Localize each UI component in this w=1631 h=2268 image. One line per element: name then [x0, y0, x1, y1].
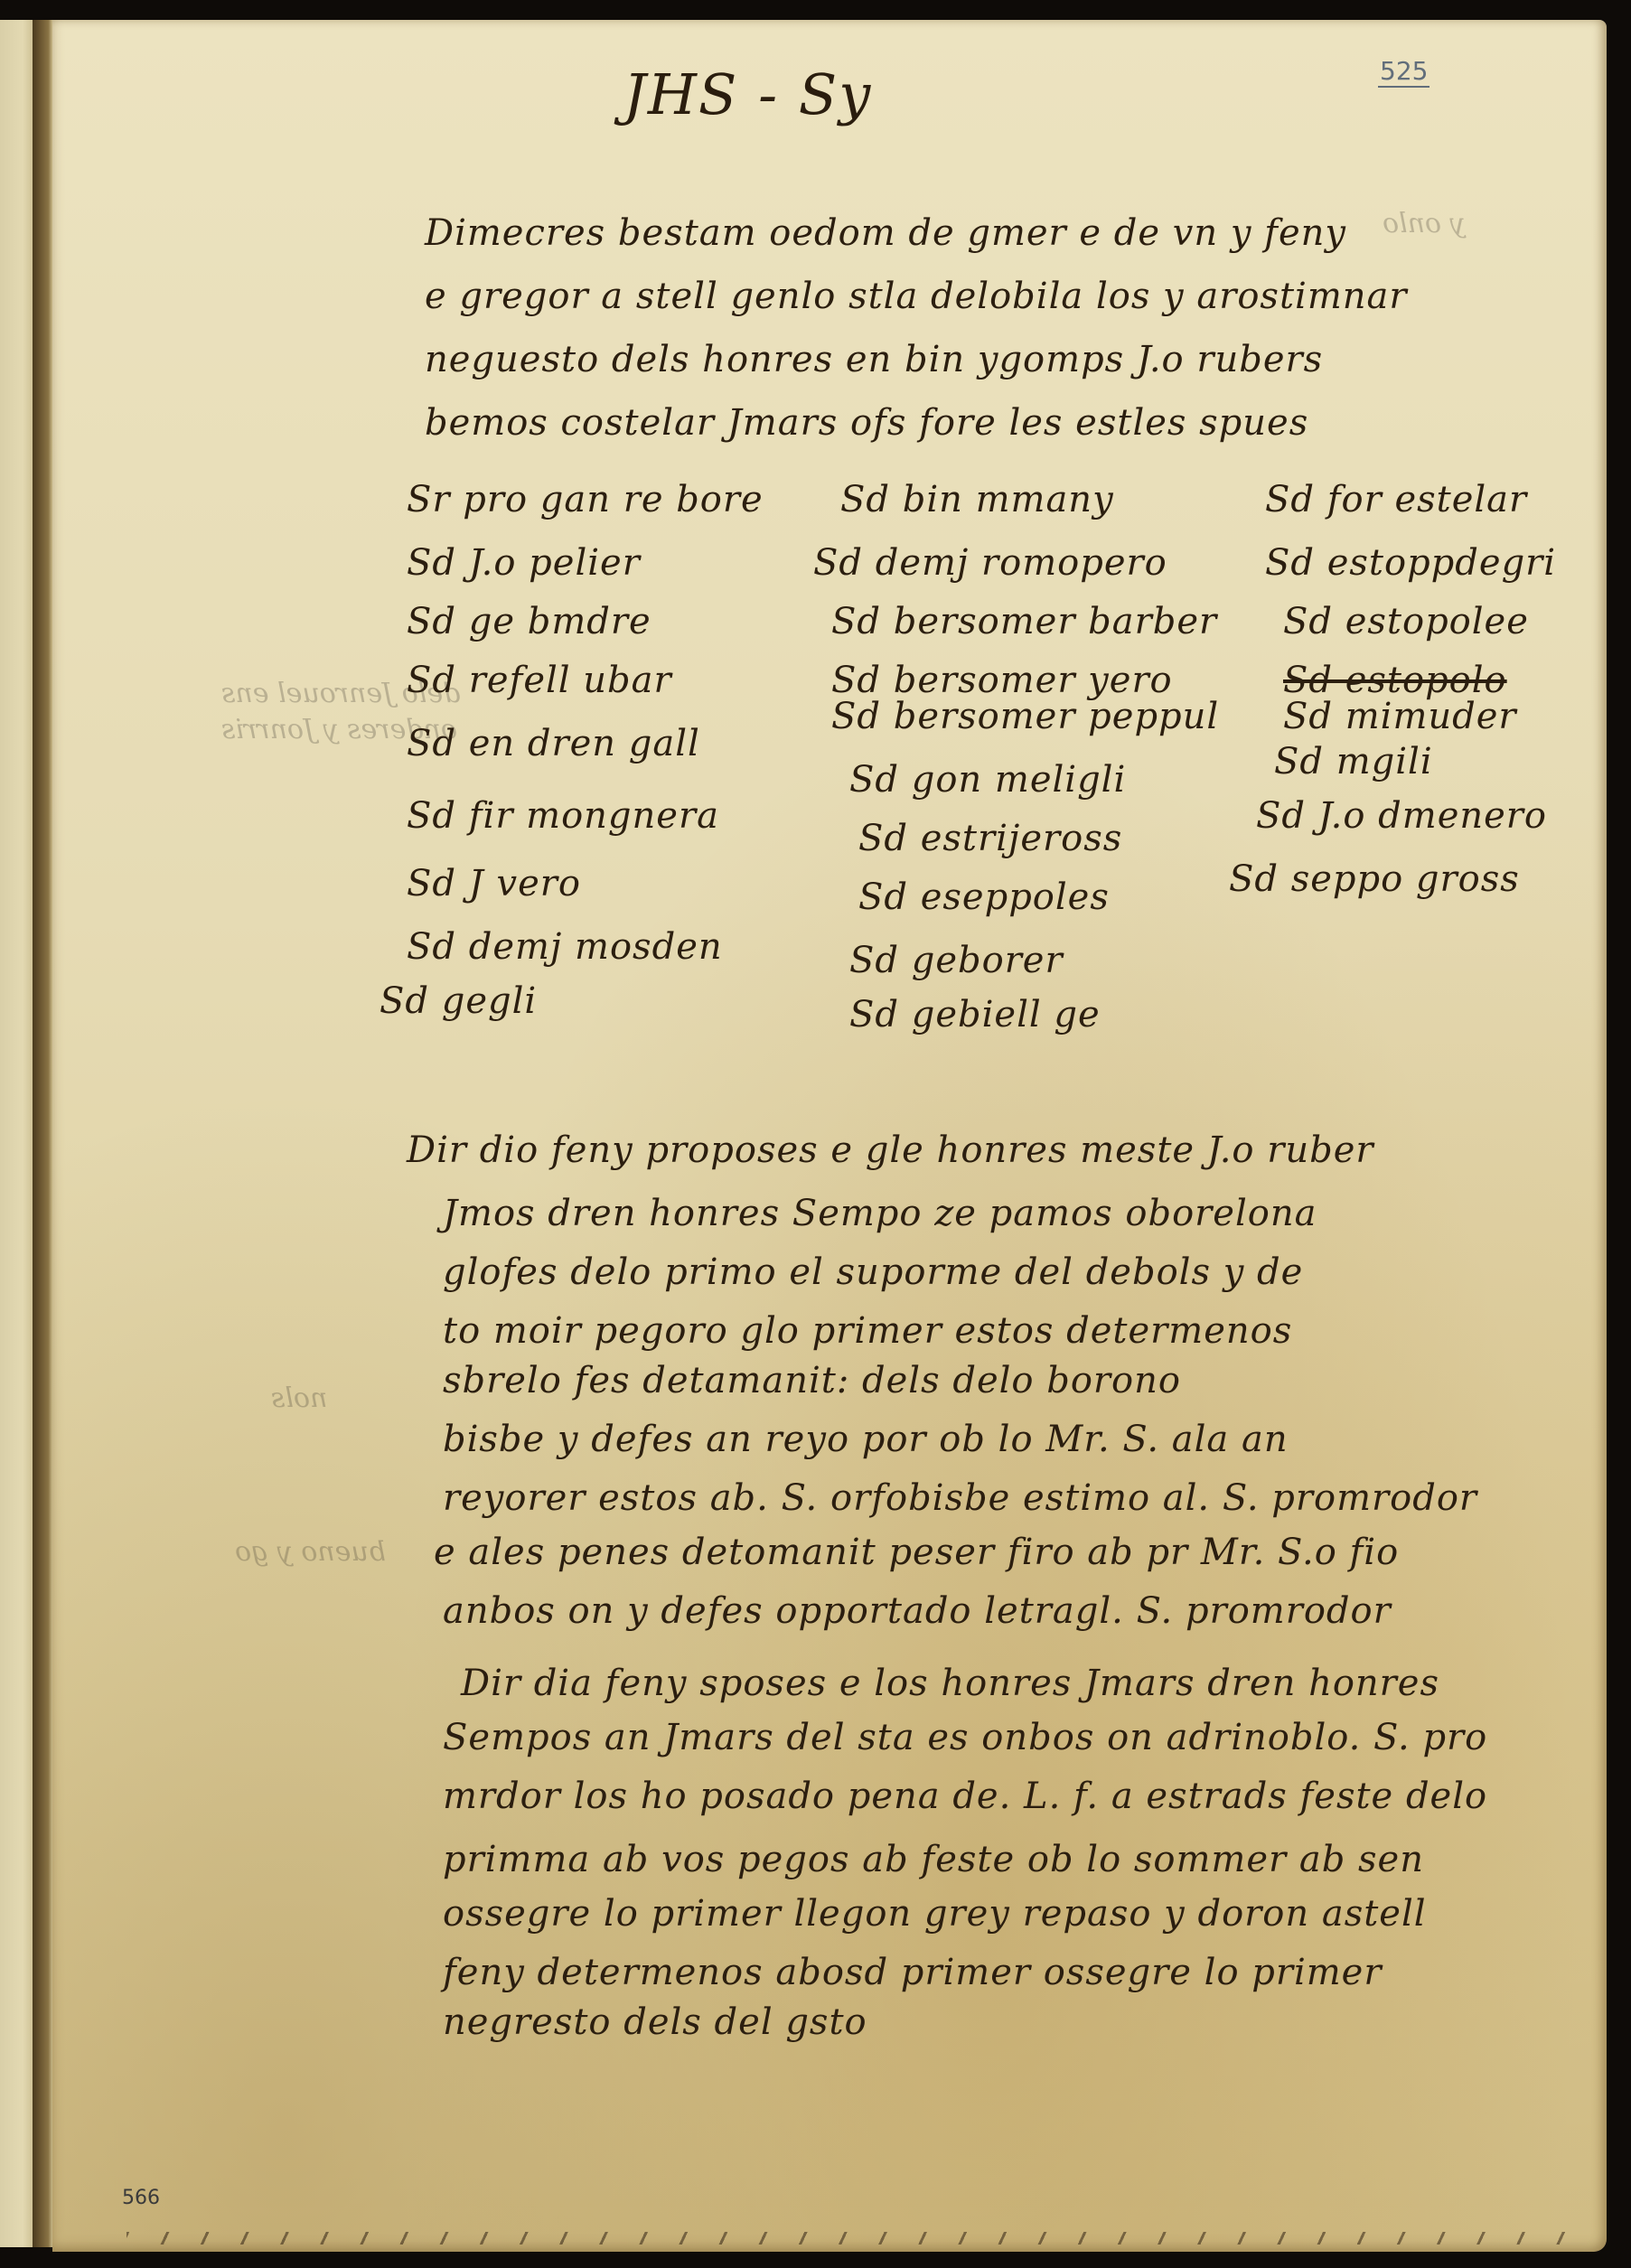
name-entry: Sd bin mmany: [840, 479, 1114, 520]
paragraph-2-line: Dir dio feny proposes e gle honres meste…: [407, 1129, 1374, 1171]
name-entry: Sd eseppoles: [858, 876, 1110, 918]
name-entry: Sd for estelar: [1265, 479, 1527, 520]
bottom-edge-marks: [127, 2232, 1572, 2245]
paragraph-2-line: reyorer estos ab. S. orfobisbe estimo al…: [443, 1477, 1477, 1519]
paragraph-3-line: negresto dels del gsto: [443, 2001, 867, 2043]
paragraph-3-line: primma ab vos pegos ab feste ob lo somme…: [443, 1839, 1424, 1880]
name-entry: Sd demj mosden: [407, 926, 723, 968]
paragraph-1-line: Dimecres bestam oedom de gmer e de vn y …: [425, 212, 1346, 254]
name-entry: Sd fir mongnera: [407, 795, 719, 837]
paragraph-2-line: glofes delo primo el suporme del debols …: [443, 1251, 1303, 1293]
name-entry: Sd J vero: [407, 863, 581, 904]
paragraph-3-line: Dir dia feny sposes e los honres Jmars d…: [461, 1663, 1439, 1704]
paragraph-2-line: bisbe y defes an reyo por ob lo Mr. S. a…: [443, 1419, 1289, 1460]
paragraph-1-line: bemos costelar Jmars ofs fore les estles…: [425, 402, 1308, 444]
name-entry: Sd refell ubar: [407, 660, 672, 701]
name-entry: Sr pro gan re bore: [407, 479, 764, 520]
paragraph-3-line: mrdor los ho posado pena de. L. f. a est…: [443, 1776, 1487, 1817]
page-heading: JHS - Sy: [623, 61, 872, 127]
folio-number: 525: [1378, 56, 1429, 88]
name-entry: Sd geborer: [849, 940, 1064, 981]
name-entry: Sd demj romopero: [813, 542, 1167, 584]
paragraph-2-line: sbrelo fes detamanit: dels delo borono: [443, 1360, 1181, 1401]
book-gutter: [33, 20, 52, 2247]
name-entry: Sd bersomer barber: [831, 601, 1217, 642]
name-entry: Sd J.o pelier: [407, 542, 641, 584]
paragraph-1-line: neguesto dels honres en bin ygomps J.o r…: [425, 339, 1323, 380]
name-entry: Sd gegli: [380, 980, 537, 1022]
bleed-through-text: y onlo: [1383, 208, 1466, 239]
name-entry: Sd estopolee: [1283, 601, 1529, 642]
name-entry: Sd ge bmdre: [407, 601, 651, 642]
name-entry: Sd mimuder: [1283, 696, 1517, 737]
name-entry: Sd J.o dmenero: [1256, 795, 1547, 837]
paragraph-2-line: Jmos dren honres Sempo ze pamos oborelon…: [443, 1193, 1317, 1234]
name-entry: Sd gebiell ge: [849, 994, 1101, 1036]
paragraph-2-line: anbos on y defes opportado letragl. S. p…: [443, 1590, 1392, 1632]
paragraph-3-line: ossegre lo primer llegon grey repaso y d…: [443, 1893, 1427, 1935]
name-entry: Sd en dren gall: [407, 723, 700, 764]
adjacent-page-edge: [0, 20, 33, 2247]
bleed-through-text: bueno y go: [235, 1536, 386, 1568]
name-entry: Sd bersomer peppul: [831, 696, 1219, 737]
name-entry: Sd gon meligli: [849, 759, 1126, 801]
paragraph-3-line: Sempos an Jmars del sta es onbos on adri…: [443, 1717, 1487, 1758]
paragraph-2-line: e ales penes detomanit peser firo ab pr …: [434, 1532, 1399, 1573]
bottom-page-number: 566: [122, 2187, 160, 2209]
paragraph-3-line: feny determenos abosd primer ossegre lo …: [443, 1952, 1382, 1993]
name-entry: Sd estrijeross: [858, 818, 1122, 859]
name-entry: Sd estoppdegri: [1265, 542, 1556, 584]
paragraph-2-line: to moir pegoro glo primer estos determen…: [443, 1310, 1292, 1352]
name-entry: Sd mgili: [1274, 741, 1433, 783]
paragraph-1-line: e gregor a stell genlo stla delobila los…: [425, 276, 1407, 317]
name-entry: Sd seppo gross: [1229, 858, 1520, 900]
bleed-through-text: nols: [271, 1382, 327, 1414]
